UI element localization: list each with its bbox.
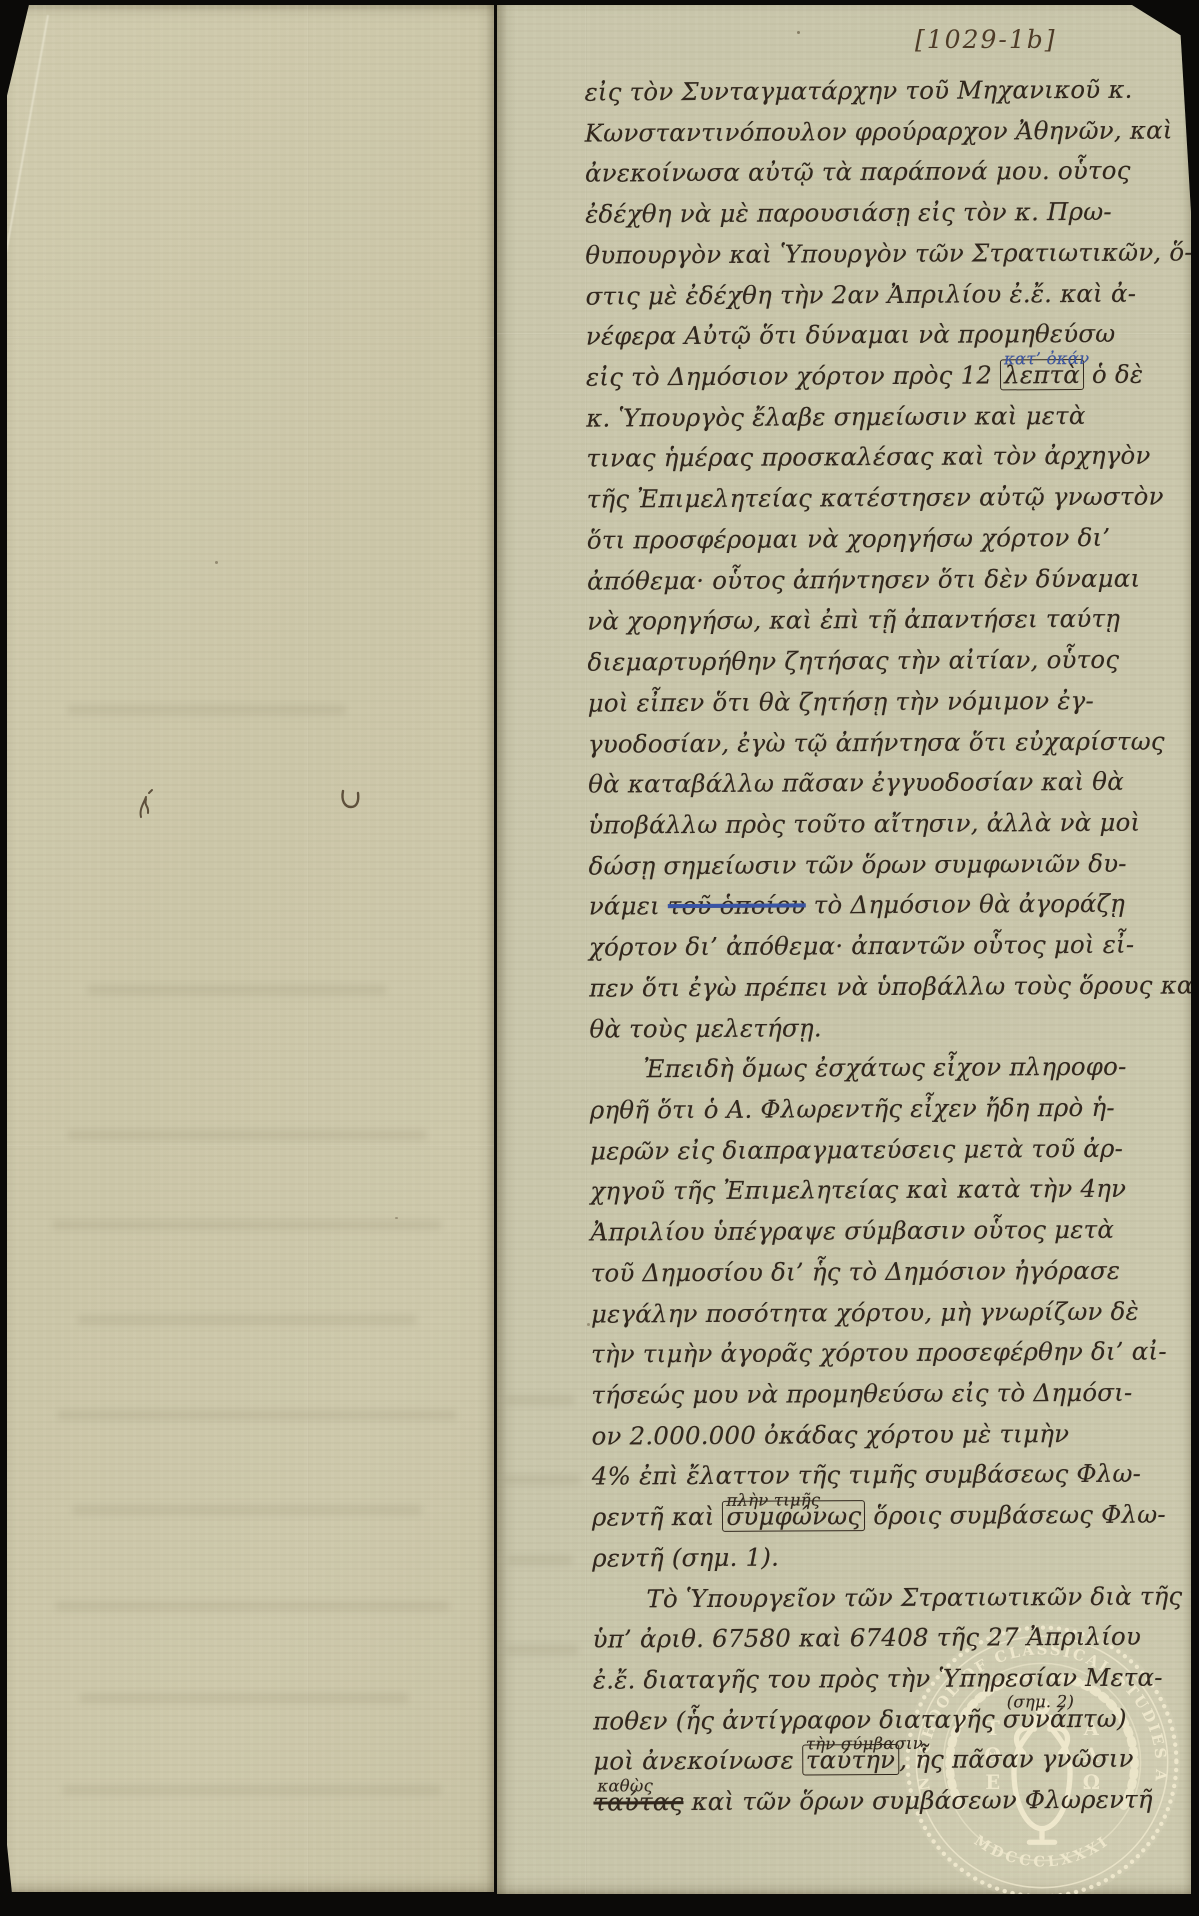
manuscript-segment: , ἧς πᾶσαν γνῶσιν	[899, 1744, 1134, 1774]
manuscript-line: θὰ καταβάλλω πᾶσαν ἐγγυοδοσίαν καὶ θὰ	[588, 762, 1184, 806]
manuscript-segment: ἐδέχθη νὰ μὲ παρουσιάσῃ εἰς τὸν κ. Πρω-	[585, 197, 1112, 229]
manuscript-segment: τῆς Ἐπιμελητείας κατέστησεν αὐτῷ γνωστὸν	[587, 482, 1164, 514]
ink-smudge	[135, 787, 161, 821]
manuscript-segment: ὅτι προσφέρομαι νὰ χορηγήσω χόρτον δι’	[587, 523, 1111, 555]
show-through-ghost	[87, 985, 387, 995]
manuscript-segment: νάμει	[589, 892, 668, 921]
manuscript-line: στις μὲ ἐδέχθη τὴν 2αν Ἀπριλίου ἐ.ἔ. καὶ…	[585, 273, 1181, 317]
show-through-ghost	[52, 1220, 442, 1230]
paper-speck	[215, 561, 218, 564]
manuscript-segment: ρηθῆ ὅτι ὁ Α. Φλωρεντῆς εἶχεν ἤδη πρὸ ἡ-	[590, 1093, 1115, 1125]
manuscript-segment: θὰ καταβάλλω πᾶσαν ἐγγυοδοσίαν καὶ θὰ	[588, 767, 1124, 799]
manuscript-line: δώσῃ σημείωσιν τῶν ὅρων συμφωνιῶν δυ-	[588, 843, 1184, 887]
manuscript-segment: ρεντῆ καὶ	[592, 1502, 723, 1532]
manuscript-line: χηγοῦ τῆς Ἐπιμελητείας καὶ κατὰ τὴν 4ην	[590, 1169, 1186, 1213]
manuscript-line: ὑποβάλλω πρὸς τοῦτο αἴτησιν, ἀλλὰ νὰ μοὶ	[588, 802, 1184, 846]
manuscript-line: διεμαρτυρήθην ζητήσας τὴν αἰτίαν, οὗτος	[587, 640, 1183, 684]
manuscript-line: ὅτι προσφέρομαι νὰ χορηγήσω χόρτον δι’	[587, 517, 1183, 561]
show-through-ghost	[67, 705, 347, 715]
manuscript-segment: ὑποβάλλω πρὸς τοῦτο αἴτησιν, ἀλλὰ νὰ μοὶ	[588, 808, 1140, 840]
manuscript-page: [1029-1b] εἰς τὸν Συνταγματάρχην τοῦ Μηχ…	[497, 5, 1191, 1894]
manuscript-line: χόρτον δι’ ἀπόθεμα· ἀπαντῶν οὗτος μοὶ εἶ…	[589, 925, 1185, 969]
manuscript-segment: πεν ὅτι ἐγὼ πρέπει νὰ ὑποβάλλω τοὺς ὅρου…	[589, 970, 1191, 1002]
manuscript-segment: ἀνεκοίνωσα αὐτῷ τὰ παράπονά μου. οὗτος	[585, 156, 1131, 188]
manuscript-segment: διεμαρτυρήθην ζητήσας τὴν αἰτίαν, οὗτος	[587, 645, 1119, 677]
manuscript-segment: τοῦ ὁποίου	[668, 891, 806, 921]
manuscript-segment: ἀπόθεμα· οὗτος ἀπήντησεν ὅτι δὲν δύναμαι	[587, 563, 1140, 595]
show-through-ghost	[79, 1693, 409, 1703]
manuscript-segment: εἰς τὸν Συνταγματάρχην τοῦ Μηχανικοῦ κ.	[584, 75, 1132, 107]
paper-speck	[587, 1323, 590, 1326]
blank-verso-page	[7, 5, 494, 1892]
manuscript-segment: τοῦ Δημοσίου δι’ ἧς τὸ Δημόσιον ἠγόρασε	[591, 1256, 1121, 1288]
manuscript-segment: Ἐπειδὴ ὅμως ἐσχάτως εἶχον πληροφο-	[644, 1052, 1127, 1084]
manuscript-segment: Τὸ Ὑπουργεῖον τῶν Στρατιωτικῶν διὰ τῆς	[646, 1581, 1182, 1613]
manuscript-line: καθὼςταύτας καὶ τῶν ὅρων συμβάσεων Φλωρε…	[593, 1780, 1189, 1824]
manuscript-segment: δώσῃ σημείωσιν τῶν ὅρων συμφωνιῶν δυ-	[588, 848, 1126, 880]
manuscript-segment: τὸ Δημόσιον θὰ ἀγοράζῃ	[806, 889, 1125, 920]
manuscript-line: πεν ὅτι ἐγὼ πρέπει νὰ ὑποβάλλω τοὺς ὅρου…	[589, 965, 1185, 1009]
archive-label: [1029-1b]	[915, 25, 1057, 54]
manuscript-segment: τήσεώς μου νὰ προμηθεύσω εἰς τὸ Δημόσι-	[591, 1378, 1132, 1410]
manuscript-segment: Κωνσταντινόπουλον φρούραρχον Ἀθηνῶν, καὶ	[585, 115, 1173, 147]
manuscript-segment: στις μὲ ἐδέχθη τὴν 2αν Ἀπριλίου ἐ.ἔ. καὶ…	[586, 278, 1137, 310]
manuscript-segment: χηγοῦ τῆς Ἐπιμελητείας καὶ κατὰ τὴν 4ην	[590, 1174, 1126, 1206]
manuscript-segment: τινας ἡμέρας προσκαλέσας καὶ τὸν ἀρχηγὸν	[586, 441, 1150, 473]
manuscript-segment: καὶ τῶν ὅρων συμβάσεων Φλωρεντῆ	[683, 1785, 1152, 1816]
manuscript-line: νέφερα Αὐτῷ ὅτι δύναμαι νὰ προμηθεύσω	[586, 314, 1182, 358]
manuscript-segment: θὰ τοὺς μελετήσῃ.	[589, 1013, 822, 1043]
show-through-ghost	[67, 1130, 427, 1140]
manuscript-segment: Ἀπριλίου ὑπέγραψε σύμβασιν οὗτος μετὰ	[590, 1215, 1114, 1247]
manuscript-line: θὰ τοὺς μελετήσῃ.	[589, 1006, 1185, 1050]
manuscript-line: ρεντῆ καὶ πλὴν τιμῆςσυμφώνως ὅροις συμβά…	[592, 1495, 1188, 1539]
manuscript-line: ον 2.000.000 ὀκάδας χόρτου μὲ τιμὴν	[591, 1413, 1187, 1457]
manuscript-segment: νέφερα Αὐτῷ ὅτι δύναμαι νὰ προμηθεύσω	[586, 319, 1116, 351]
manuscript-line: εἰς τὸν Συνταγματάρχην τοῦ Μηχανικοῦ κ.	[584, 69, 1180, 113]
manuscript-text: εἰς τὸν Συνταγματάρχην τοῦ Μηχανικοῦ κ.Κ…	[584, 69, 1189, 1823]
manuscript-segment: ὑπ’ ἀριθ. 67580 καὶ 67408 τῆς 27 Ἀπριλίο…	[593, 1622, 1142, 1654]
interlinear-annotation: καθὼς	[597, 1778, 653, 1795]
paper-speck	[797, 31, 800, 34]
fold-crease	[7, 1145, 494, 1147]
manuscript-segment: θυπουργὸν καὶ Ὑπουργὸν τῶν Στρατιωτικῶν,…	[585, 237, 1191, 269]
manuscript-line: μερῶν εἰς διαπραγματεύσεις μετὰ τοῦ ἀρ-	[590, 1128, 1186, 1172]
manuscript-line: μεγάλην ποσότητα χόρτου, μὴ γνωρίζων δὲ	[591, 1291, 1187, 1335]
manuscript-segment: ρεντῆ (σημ. 1).	[592, 1542, 779, 1572]
manuscript-line: 4% ἐπὶ ἔλαττον τῆς τιμῆς συμβάσεως Φλω-	[592, 1454, 1188, 1498]
manuscript-segment: ποθεν (ἧς ἀντίγραφον διαταγῆς	[593, 1704, 1003, 1735]
manuscript-line: τὴν τιμὴν ἀγορᾶς χόρτου προσεφέρθην δι’ …	[591, 1332, 1187, 1376]
manuscript-line: ὑπ’ ἀριθ. 67580 καὶ 67408 τῆς 27 Ἀπριλίο…	[593, 1617, 1189, 1661]
manuscript-segment: κ. Ὑπουργὸς ἔλαβε σημείωσιν καὶ μετὰ	[586, 401, 1085, 433]
manuscript-segment: μοὶ εἶπεν ὅτι θὰ ζητήσῃ τὴν νόμιμον ἐγ-	[588, 686, 1094, 718]
manuscript-segment: ον 2.000.000 ὀκάδας χόρτου μὲ τιμὴν	[591, 1419, 1069, 1451]
manuscript-segment: νὰ χορηγήσω, καὶ ἐπὶ τῇ ἀπαντήσει ταύτῃ	[587, 604, 1120, 636]
manuscript-segment: εἰς τὸ Δημόσιον χόρτον πρὸς 12	[586, 360, 1000, 391]
manuscript-segment: μοὶ ἀνεκοίνωσε	[593, 1746, 802, 1776]
ink-smudge	[337, 785, 365, 813]
manuscript-segment: ὁ δὲ	[1084, 360, 1143, 389]
manuscript-line: ρεντῆ (σημ. 1).	[592, 1535, 1188, 1579]
manuscript-segment: ὅροις συμβάσεως Φλω-	[865, 1500, 1166, 1531]
show-through-ghost	[505, 1645, 579, 1655]
fold-crease	[7, 337, 494, 339]
manuscript-line: μοὶ εἶπεν ὅτι θὰ ζητήσῃ τὴν νόμιμον ἐγ-	[588, 680, 1184, 724]
manuscript-line: κ. Ὑπουργὸς ἔλαβε σημείωσιν καὶ μετὰ	[586, 395, 1182, 439]
interlinear-annotation: (σημ. 2)	[1007, 1694, 1074, 1711]
manuscript-line: νάμει τοῦ ὁποίου τὸ Δημόσιον θὰ ἀγοράζῃ	[589, 884, 1185, 928]
manuscript-line: τινας ἡμέρας προσκαλέσας καὶ τὸν ἀρχηγὸν	[586, 436, 1182, 480]
manuscript-segment: τὴν τιμὴν ἀγορᾶς χόρτου προσεφέρθην δι’ …	[591, 1337, 1167, 1369]
interlinear-annotation: πλὴν τιμῆς	[726, 1492, 820, 1509]
manuscript-line: μοὶ ἀνεκοίνωσε τὴν σύμβασινταύτην, ἧς πᾶ…	[593, 1739, 1189, 1783]
manuscript-segment: 4% ἐπὶ ἔλαττον τῆς τιμῆς συμβάσεως Φλω-	[592, 1459, 1142, 1491]
show-through-ghost	[503, 1475, 581, 1485]
manuscript-line: ἐ.ἔ. διαταγῆς του πρὸς τὴν Ὑπηρεσίαν Μετ…	[593, 1657, 1189, 1701]
document-scan: [1029-1b] εἰς τὸν Συνταγματάρχην τοῦ Μηχ…	[0, 0, 1199, 1916]
manuscript-line: εἰς τὸ Δημόσιον χόρτον πρὸς 12 κατ’ ὀκάν…	[586, 354, 1182, 398]
paper-speck	[395, 1217, 398, 1219]
show-through-ghost	[505, 1395, 575, 1405]
manuscript-line: Κωνσταντινόπουλον φρούραρχον Ἀθηνῶν, καὶ	[585, 110, 1181, 154]
manuscript-line: νὰ χορηγήσω, καὶ ἐπὶ τῇ ἀπαντήσει ταύτῃ	[587, 599, 1183, 643]
manuscript-line: Ἐπειδὴ ὅμως ἐσχάτως εἶχον πληροφο-	[590, 1047, 1186, 1091]
manuscript-line: τοῦ Δημοσίου δι’ ἧς τὸ Δημόσιον ἠγόρασε	[591, 1250, 1187, 1294]
manuscript-segment: μεγάλην ποσότητα χόρτου, μὴ γνωρίζων δὲ	[591, 1296, 1139, 1328]
manuscript-segment: μερῶν εἰς διαπραγματεύσεις μετὰ τοῦ ἀρ-	[590, 1133, 1123, 1165]
fold-crease	[7, 15, 49, 340]
show-through-ghost	[55, 1601, 450, 1611]
show-through-ghost	[77, 1315, 417, 1325]
manuscript-line: Ἀπριλίου ὑπέγραψε σύμβασιν οὗτος μετὰ	[590, 1210, 1186, 1254]
manuscript-line: θυπουργὸν καὶ Ὑπουργὸν τῶν Στρατιωτικῶν,…	[585, 232, 1181, 276]
manuscript-segment: χόρτον δι’ ἀπόθεμα· ἀπαντῶν οὗτος μοὶ εἶ…	[589, 930, 1134, 962]
manuscript-line: γυοδοσίαν, ἐγὼ τῷ ἀπήντησα ὅτι εὐχαρίστω…	[588, 721, 1184, 765]
manuscript-line: Τὸ Ὑπουργεῖον τῶν Στρατιωτικῶν διὰ τῆς	[592, 1576, 1188, 1620]
manuscript-line: ρηθῆ ὅτι ὁ Α. Φλωρεντῆς εἶχεν ἤδη πρὸ ἡ-	[590, 1087, 1186, 1131]
show-through-ghost	[57, 1410, 457, 1420]
manuscript-line: ἀνεκοίνωσα αὐτῷ τὰ παράπονά μου. οὗτος	[585, 151, 1181, 195]
show-through-ghost	[62, 1785, 442, 1795]
show-through-ghost	[507, 1555, 573, 1565]
show-through-ghost	[72, 1505, 422, 1515]
manuscript-line: τῆς Ἐπιμελητείας κατέστησεν αὐτῷ γνωστὸν	[587, 477, 1183, 521]
manuscript-line: ἐδέχθη νὰ μὲ παρουσιάσῃ εἰς τὸν κ. Πρω-	[585, 192, 1181, 236]
manuscript-segment: ἐ.ἔ. διαταγῆς του πρὸς τὴν Ὑπηρεσίαν Μετ…	[593, 1663, 1163, 1695]
manuscript-line: τήσεώς μου νὰ προμηθεύσω εἰς τὸ Δημόσι-	[591, 1372, 1187, 1416]
manuscript-segment: γυοδοσίαν, ἐγὼ τῷ ἀπήντησα ὅτι εὐχαρίστω…	[588, 726, 1165, 758]
interlinear-annotation: τὴν σύμβασιν	[806, 1736, 923, 1753]
interlinear-annotation: κατ’ ὀκάν	[1004, 351, 1089, 368]
manuscript-line: ἀπόθεμα· οὗτος ἀπήντησεν ὅτι δὲν δύναμαι	[587, 558, 1183, 602]
